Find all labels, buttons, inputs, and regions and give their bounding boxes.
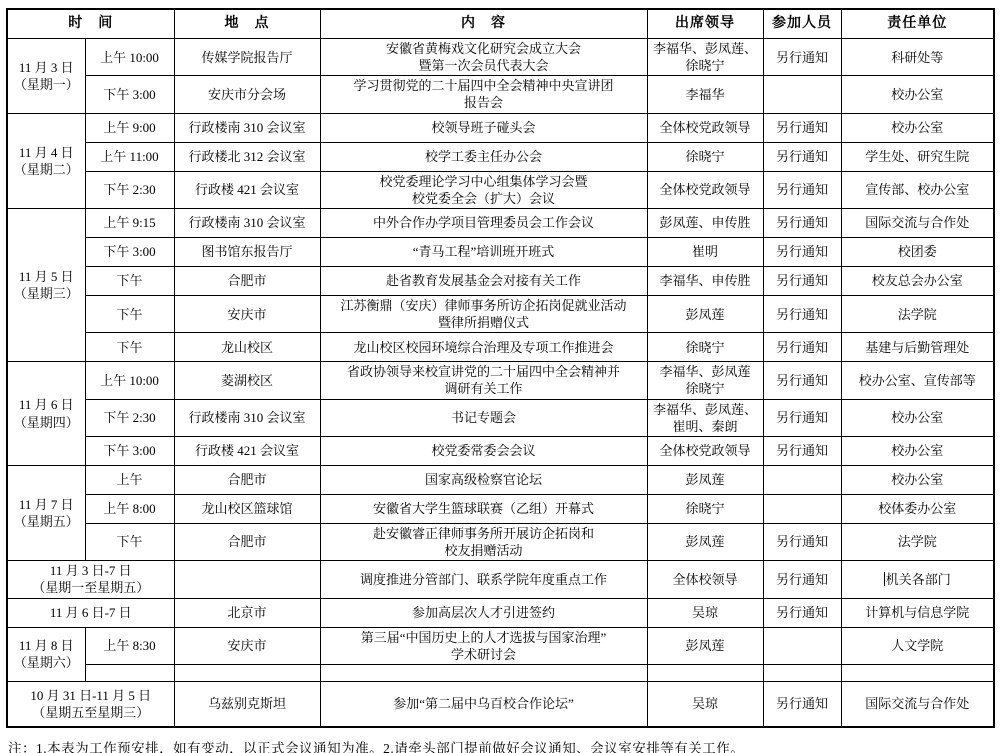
table-row: 11 月 8 日 （星期六）上午 8:30安庆市第三届“中国历史上的人才选拔与国… (7, 627, 994, 664)
table-cell: 安庆市分会场 (174, 76, 320, 113)
table-cell: 北京市 (174, 598, 320, 627)
table-row: 下午 2:30行政楼南 310 会议室书记专题会李福华、彭凤莲、 崔明、秦朗另行… (7, 399, 994, 436)
table-cell: 上午 (85, 465, 174, 494)
table-cell: 上午 8:00 (85, 494, 174, 523)
table-cell (320, 664, 647, 681)
table-cell: 龙山校区篮球馆 (174, 494, 320, 523)
table-cell: 徐晓宁 (647, 494, 763, 523)
table-row: 11 月 3 日-7 日 （星期一至星期五）调度推进分管部门、联系学院年度重点工… (7, 561, 994, 598)
table-cell: 上午 9:15 (85, 208, 174, 237)
table-cell: 另行通知 (763, 399, 841, 436)
table-cell: 学习贯彻党的二十届四中全会精神中央宣讲团 报告会 (320, 76, 647, 113)
table-row: 上午 11:00行政楼北 312 会议室校学工委主任办公会徐晓宁另行通知学生处、… (7, 142, 994, 171)
table-cell: 安庆市 (174, 295, 320, 332)
table-row: 下午合肥市赴安徽睿正律师事务所开展访企拓岗和 校友捐赠活动彭凤莲另行通知法学院 (7, 523, 994, 560)
table-cell: 另行通知 (763, 598, 841, 627)
table-cell: 校友总会办公室 (841, 266, 994, 295)
table-cell (85, 664, 174, 681)
table-row: 11 月 6 日-7 日北京市参加高层次人才引进签约吴琼另行通知计算机与信息学院 (7, 598, 994, 627)
table-row: 11 月 5 日 （星期三）上午 9:15行政楼南 310 会议室中外合作办学项… (7, 208, 994, 237)
table-cell: 省政协领导来校宣讲党的二十届四中全会精神并 调研有关工作 (320, 362, 647, 399)
table-cell: 另行通知 (763, 208, 841, 237)
table-cell: 宣传部、校办公室 (841, 171, 994, 208)
table-cell: 吴琼 (647, 681, 763, 727)
table-cell: 下午 (85, 523, 174, 560)
table-cell: 科研处等 (841, 39, 994, 76)
table-row: 下午 3:00图书馆东报告厅“青马工程”培训班开班式崔明另行通知校团委 (7, 237, 994, 266)
table-cell: 李福华 (647, 76, 763, 113)
table-cell: 另行通知 (763, 436, 841, 465)
table-cell: 中外合作办学项目管理委员会工作会议 (320, 208, 647, 237)
table-cell: 彭凤莲 (647, 295, 763, 332)
table-cell: 全体校领导 (647, 561, 763, 598)
table-cell: 另行通知 (763, 237, 841, 266)
table-cell: 调度推进分管部门、联系学院年度重点工作 (320, 561, 647, 598)
table-cell: 下午 3:00 (85, 237, 174, 266)
table-row: 11 月 3 日 （星期一）上午 10:00传媒学院报告厅安徽省黄梅戏文化研究会… (7, 39, 994, 76)
table-cell: 彭凤莲、申传胜 (647, 208, 763, 237)
table-cell: 徐晓宁 (647, 142, 763, 171)
date-cell: 11 月 6 日-7 日 (7, 598, 174, 627)
table-cell: 行政楼 421 会议室 (174, 436, 320, 465)
table-cell: 下午 3:00 (85, 76, 174, 113)
table-cell: 李福华、彭凤莲、 徐晓宁 (647, 39, 763, 76)
table-cell: 行政楼 421 会议室 (174, 171, 320, 208)
table-cell: 全体校党政领导 (647, 436, 763, 465)
table-row: 下午 3:00安庆市分会场学习贯彻党的二十届四中全会精神中央宣讲团 报告会李福华… (7, 76, 994, 113)
table-cell: 校办公室、宣传部等 (841, 362, 994, 399)
table-cell: 校党委理论学习中心组集体学习会暨 校党委全会（扩大）会议 (320, 171, 647, 208)
date-cell: 10 月 31 日-11 月 5 日 （星期五至星期三） (7, 681, 174, 727)
table-cell: 下午 (85, 333, 174, 362)
date-cell: 11 月 5 日 （星期三） (7, 208, 85, 361)
table-cell: 法学院 (841, 523, 994, 560)
table-cell: 下午 2:30 (85, 171, 174, 208)
table-cell: 校学工委主任办公会 (320, 142, 647, 171)
table-cell: 校办公室 (841, 113, 994, 142)
table-cell: 全体校党政领导 (647, 171, 763, 208)
table-cell: 行政楼南 310 会议室 (174, 208, 320, 237)
table-cell: 传媒学院报告厅 (174, 39, 320, 76)
table-cell: 基建与后勤管理处 (841, 333, 994, 362)
table-cell: 行政楼北 312 会议室 (174, 142, 320, 171)
column-header: 参加人员 (763, 9, 841, 39)
table-cell: 另行通知 (763, 295, 841, 332)
table-cell: 另行通知 (763, 171, 841, 208)
table-cell (174, 561, 320, 598)
table-cell: 崔明 (647, 237, 763, 266)
table-cell: 合肥市 (174, 465, 320, 494)
table-cell: 上午 10:00 (85, 39, 174, 76)
table-cell: 第三届“中国历史上的人才选拔与国家治理” 学术研讨会 (320, 627, 647, 664)
table-cell: 图书馆东报告厅 (174, 237, 320, 266)
schedule-table: 时 间地 点内 容出席领导参加人员责任单位 11 月 3 日 （星期一）上午 1… (6, 8, 995, 728)
table-row: 下午龙山校区龙山校区校园环境综合治理及专项工作推进会徐晓宁另行通知基建与后勤管理… (7, 333, 994, 362)
table-row: 上午 8:00龙山校区篮球馆安徽省大学生篮球联赛（乙组）开幕式徐晓宁校体委办公室 (7, 494, 994, 523)
table-cell: 上午 8:30 (85, 627, 174, 664)
table-cell (763, 664, 841, 681)
table-cell (763, 465, 841, 494)
table-row: 下午合肥市赴省教育发展基金会对接有关工作李福华、申传胜另行通知校友总会办公室 (7, 266, 994, 295)
table-cell: 另行通知 (763, 523, 841, 560)
table-cell (647, 664, 763, 681)
table-cell: 另行通知 (763, 142, 841, 171)
table-row (7, 664, 994, 681)
date-cell: 11 月 4 日 （星期二） (7, 113, 85, 208)
table-cell: 江苏衡鼎（安庆）律师事务所访企拓岗促就业活动 暨律所捐赠仪式 (320, 295, 647, 332)
table-cell: 上午 9:00 (85, 113, 174, 142)
table-cell: 赴安徽睿正律师事务所开展访企拓岗和 校友捐赠活动 (320, 523, 647, 560)
date-cell: 11 月 3 日 （星期一） (7, 39, 85, 114)
table-cell: 另行通知 (763, 266, 841, 295)
table-cell: 校办公室 (841, 436, 994, 465)
table-cell: 菱湖校区 (174, 362, 320, 399)
table-row: 10 月 31 日-11 月 5 日 （星期五至星期三）乌兹别克斯坦参加“第二届… (7, 681, 994, 727)
table-cell: 赴省教育发展基金会对接有关工作 (320, 266, 647, 295)
table-cell: 书记专题会 (320, 399, 647, 436)
table-cell: “青马工程”培训班开班式 (320, 237, 647, 266)
table-cell: 行政楼南 310 会议室 (174, 113, 320, 142)
table-cell: 行政楼南 310 会议室 (174, 399, 320, 436)
table-cell: 安庆市 (174, 627, 320, 664)
table-cell: 下午 3:00 (85, 436, 174, 465)
table-cell (174, 664, 320, 681)
table-cell: 李福华、彭凤莲 徐晓宁 (647, 362, 763, 399)
text-cursor (884, 572, 885, 586)
table-row: 下午 2:30行政楼 421 会议室校党委理论学习中心组集体学习会暨 校党委全会… (7, 171, 994, 208)
schedule-document: 时 间地 点内 容出席领导参加人员责任单位 11 月 3 日 （星期一）上午 1… (0, 0, 1000, 753)
table-cell: 彭凤莲 (647, 465, 763, 494)
table-cell: 校办公室 (841, 399, 994, 436)
table-cell: 校办公室 (841, 76, 994, 113)
table-cell: 下午 2:30 (85, 399, 174, 436)
table-cell: 校办公室 (841, 465, 994, 494)
table-cell (763, 627, 841, 664)
table-cell: 参加高层次人才引进签约 (320, 598, 647, 627)
schedule-table-head: 时 间地 点内 容出席领导参加人员责任单位 (7, 9, 994, 39)
table-cell: 徐晓宁 (647, 333, 763, 362)
table-cell: 另行通知 (763, 333, 841, 362)
table-row: 下午 3:00行政楼 421 会议室校党委常委会会议全体校党政领导另行通知校办公… (7, 436, 994, 465)
table-cell: 李福华、申传胜 (647, 266, 763, 295)
column-header: 时 间 (7, 9, 174, 39)
table-cell: 另行通知 (763, 113, 841, 142)
table-cell: 学生处、研究生院 (841, 142, 994, 171)
table-cell: 吴琼 (647, 598, 763, 627)
table-cell: 合肥市 (174, 523, 320, 560)
table-cell: 校体委办公室 (841, 494, 994, 523)
date-cell: 11 月 3 日-7 日 （星期一至星期五） (7, 561, 174, 598)
table-cell: 国家高级检察官论坛 (320, 465, 647, 494)
column-header: 责任单位 (841, 9, 994, 39)
table-cell: 安徽省黄梅戏文化研究会成立大会 暨第一次会员代表大会 (320, 39, 647, 76)
table-cell: 校党委常委会会议 (320, 436, 647, 465)
table-cell: 另行通知 (763, 362, 841, 399)
table-cell: 乌兹别克斯坦 (174, 681, 320, 727)
table-cell (763, 76, 841, 113)
schedule-table-body: 11 月 3 日 （星期一）上午 10:00传媒学院报告厅安徽省黄梅戏文化研究会… (7, 39, 994, 728)
table-cell: 校领导班子碰头会 (320, 113, 647, 142)
footnote: 注：1.本表为工作预安排，如有变动，以正式会议通知为准。2.请牵头部门提前做好会… (8, 737, 994, 753)
date-cell: 11 月 6 日 （星期四） (7, 362, 85, 466)
date-cell: 11 月 7 日 （星期五） (7, 465, 85, 560)
table-cell: 另行通知 (763, 681, 841, 727)
column-header: 地 点 (174, 9, 320, 39)
table-cell (763, 494, 841, 523)
table-cell: 下午 (85, 295, 174, 332)
table-cell: 校团委 (841, 237, 994, 266)
date-cell: 11 月 8 日 （星期六） (7, 627, 85, 681)
table-cell: 龙山校区 (174, 333, 320, 362)
table-cell: 安徽省大学生篮球联赛（乙组）开幕式 (320, 494, 647, 523)
column-header: 内 容 (320, 9, 647, 39)
table-row: 11 月 4 日 （星期二）上午 9:00行政楼南 310 会议室校领导班子碰头… (7, 113, 994, 142)
table-cell: 机关各部门 (841, 561, 994, 598)
table-cell: 上午 11:00 (85, 142, 174, 171)
table-cell: 下午 (85, 266, 174, 295)
table-cell: 彭凤莲 (647, 523, 763, 560)
table-cell: 另行通知 (763, 39, 841, 76)
table-cell: 合肥市 (174, 266, 320, 295)
table-cell: 彭凤莲 (647, 627, 763, 664)
table-cell: 另行通知 (763, 561, 841, 598)
table-cell: 人文学院 (841, 627, 994, 664)
table-cell: 国际交流与合作处 (841, 681, 994, 727)
table-cell: 计算机与信息学院 (841, 598, 994, 627)
column-header: 出席领导 (647, 9, 763, 39)
table-row: 11 月 7 日 （星期五）上午合肥市国家高级检察官论坛彭凤莲校办公室 (7, 465, 994, 494)
table-cell: 全体校党政领导 (647, 113, 763, 142)
table-cell (841, 664, 994, 681)
table-row: 下午安庆市江苏衡鼎（安庆）律师事务所访企拓岗促就业活动 暨律所捐赠仪式彭凤莲另行… (7, 295, 994, 332)
table-cell: 法学院 (841, 295, 994, 332)
table-cell: 国际交流与合作处 (841, 208, 994, 237)
table-cell: 上午 10:00 (85, 362, 174, 399)
table-cell: 龙山校区校园环境综合治理及专项工作推进会 (320, 333, 647, 362)
table-row: 11 月 6 日 （星期四）上午 10:00菱湖校区省政协领导来校宣讲党的二十届… (7, 362, 994, 399)
table-cell: 李福华、彭凤莲、 崔明、秦朗 (647, 399, 763, 436)
table-cell: 参加“第二届中乌百校合作论坛” (320, 681, 647, 727)
